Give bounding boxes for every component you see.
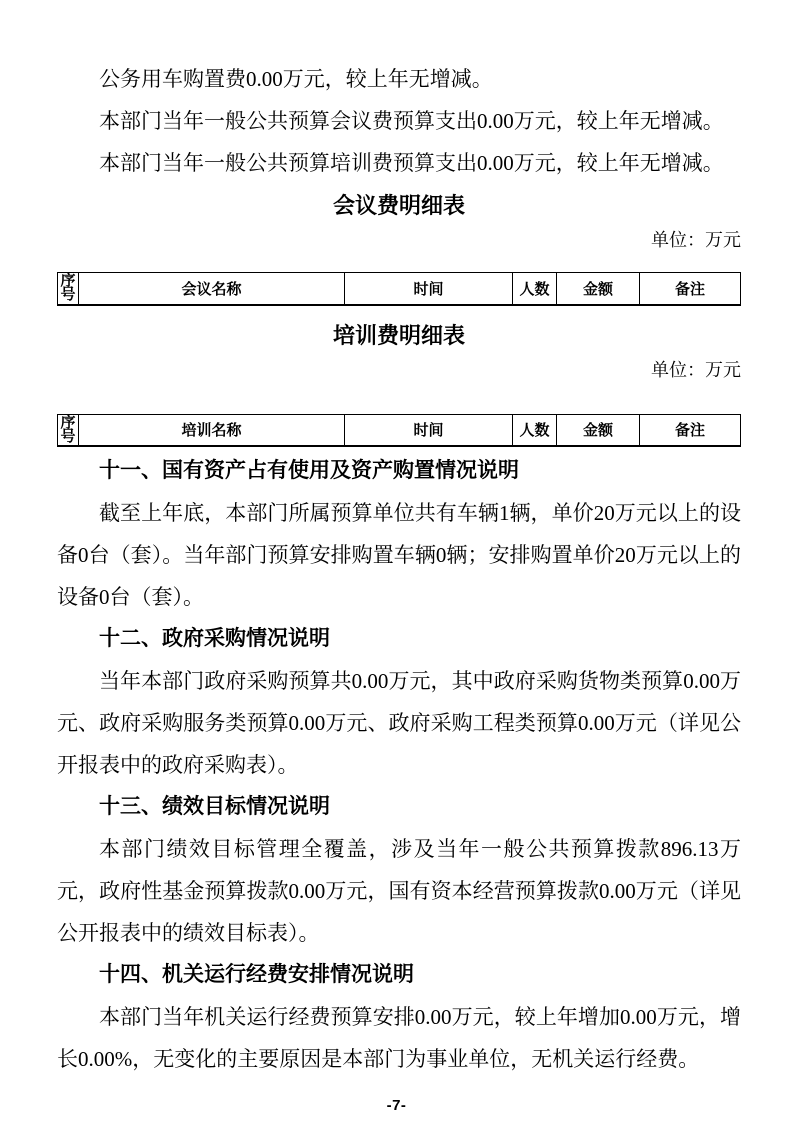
unit-label: 单位：万元 (57, 224, 741, 256)
column-header-amount: 金额 (557, 414, 640, 446)
intro-paragraph: 本部门当年一般公共预算会议费预算支出0.00万元，较上年无增减。 (57, 100, 741, 142)
column-header-meeting-name: 会议名称 (79, 273, 345, 305)
column-header-amount: 金额 (557, 273, 640, 305)
document-page: 公务用车购置费0.00万元，较上年无增减。 本部门当年一般公共预算会议费预算支出… (0, 0, 793, 1122)
column-header-note: 备注 (640, 414, 741, 446)
page-number: -7- (0, 1097, 793, 1114)
unit-label: 单位：万元 (57, 354, 741, 386)
column-header-seq: 序号 (58, 273, 79, 305)
column-header-training-name: 培训名称 (79, 414, 345, 446)
document-content: 公务用车购置费0.00万元，较上年无增减。 本部门当年一般公共预算会议费预算支出… (57, 58, 741, 1080)
training-table-title: 培训费明细表 (57, 318, 741, 354)
section-heading-14: 十四、机关运行经费安排情况说明 (57, 954, 741, 996)
meeting-table-title: 会议费明细表 (57, 188, 741, 224)
section-paragraph-11: 截至上年底，本部门所属预算单位共有车辆1辆，单价20万元以上的设备0台（套）。当… (57, 492, 741, 618)
intro-paragraph: 本部门当年一般公共预算培训费预算支出0.00万元，较上年无增减。 (57, 142, 741, 184)
column-header-time: 时间 (345, 273, 513, 305)
column-header-note: 备注 (640, 273, 741, 305)
section-heading-12: 十二、政府采购情况说明 (57, 618, 741, 660)
section-heading-13: 十三、绩效目标情况说明 (57, 786, 741, 828)
section-heading-11: 十一、国有资产占有使用及资产购置情况说明 (57, 450, 741, 492)
section-paragraph-14: 本部门当年机关运行经费预算安排0.00万元，较上年增加0.00万元，增长0.00… (57, 996, 741, 1080)
table-header-row: 序号 会议名称 时间 人数 金额 备注 (58, 273, 741, 305)
column-header-seq: 序号 (58, 414, 79, 446)
training-expense-table: 序号 培训名称 时间 人数 金额 备注 (57, 414, 741, 448)
table-header-row: 序号 培训名称 时间 人数 金额 备注 (58, 414, 741, 446)
intro-paragraph: 公务用车购置费0.00万元，较上年无增减。 (57, 58, 741, 100)
column-header-time: 时间 (345, 414, 513, 446)
column-header-people: 人数 (513, 414, 557, 446)
column-header-people: 人数 (513, 273, 557, 305)
section-paragraph-13: 本部门绩效目标管理全覆盖，涉及当年一般公共预算拨款896.13万元，政府性基金预… (57, 828, 741, 954)
section-paragraph-12: 当年本部门政府采购预算共0.00万元，其中政府采购货物类预算0.00万元、政府采… (57, 660, 741, 786)
meeting-expense-table: 序号 会议名称 时间 人数 金额 备注 (57, 272, 741, 306)
